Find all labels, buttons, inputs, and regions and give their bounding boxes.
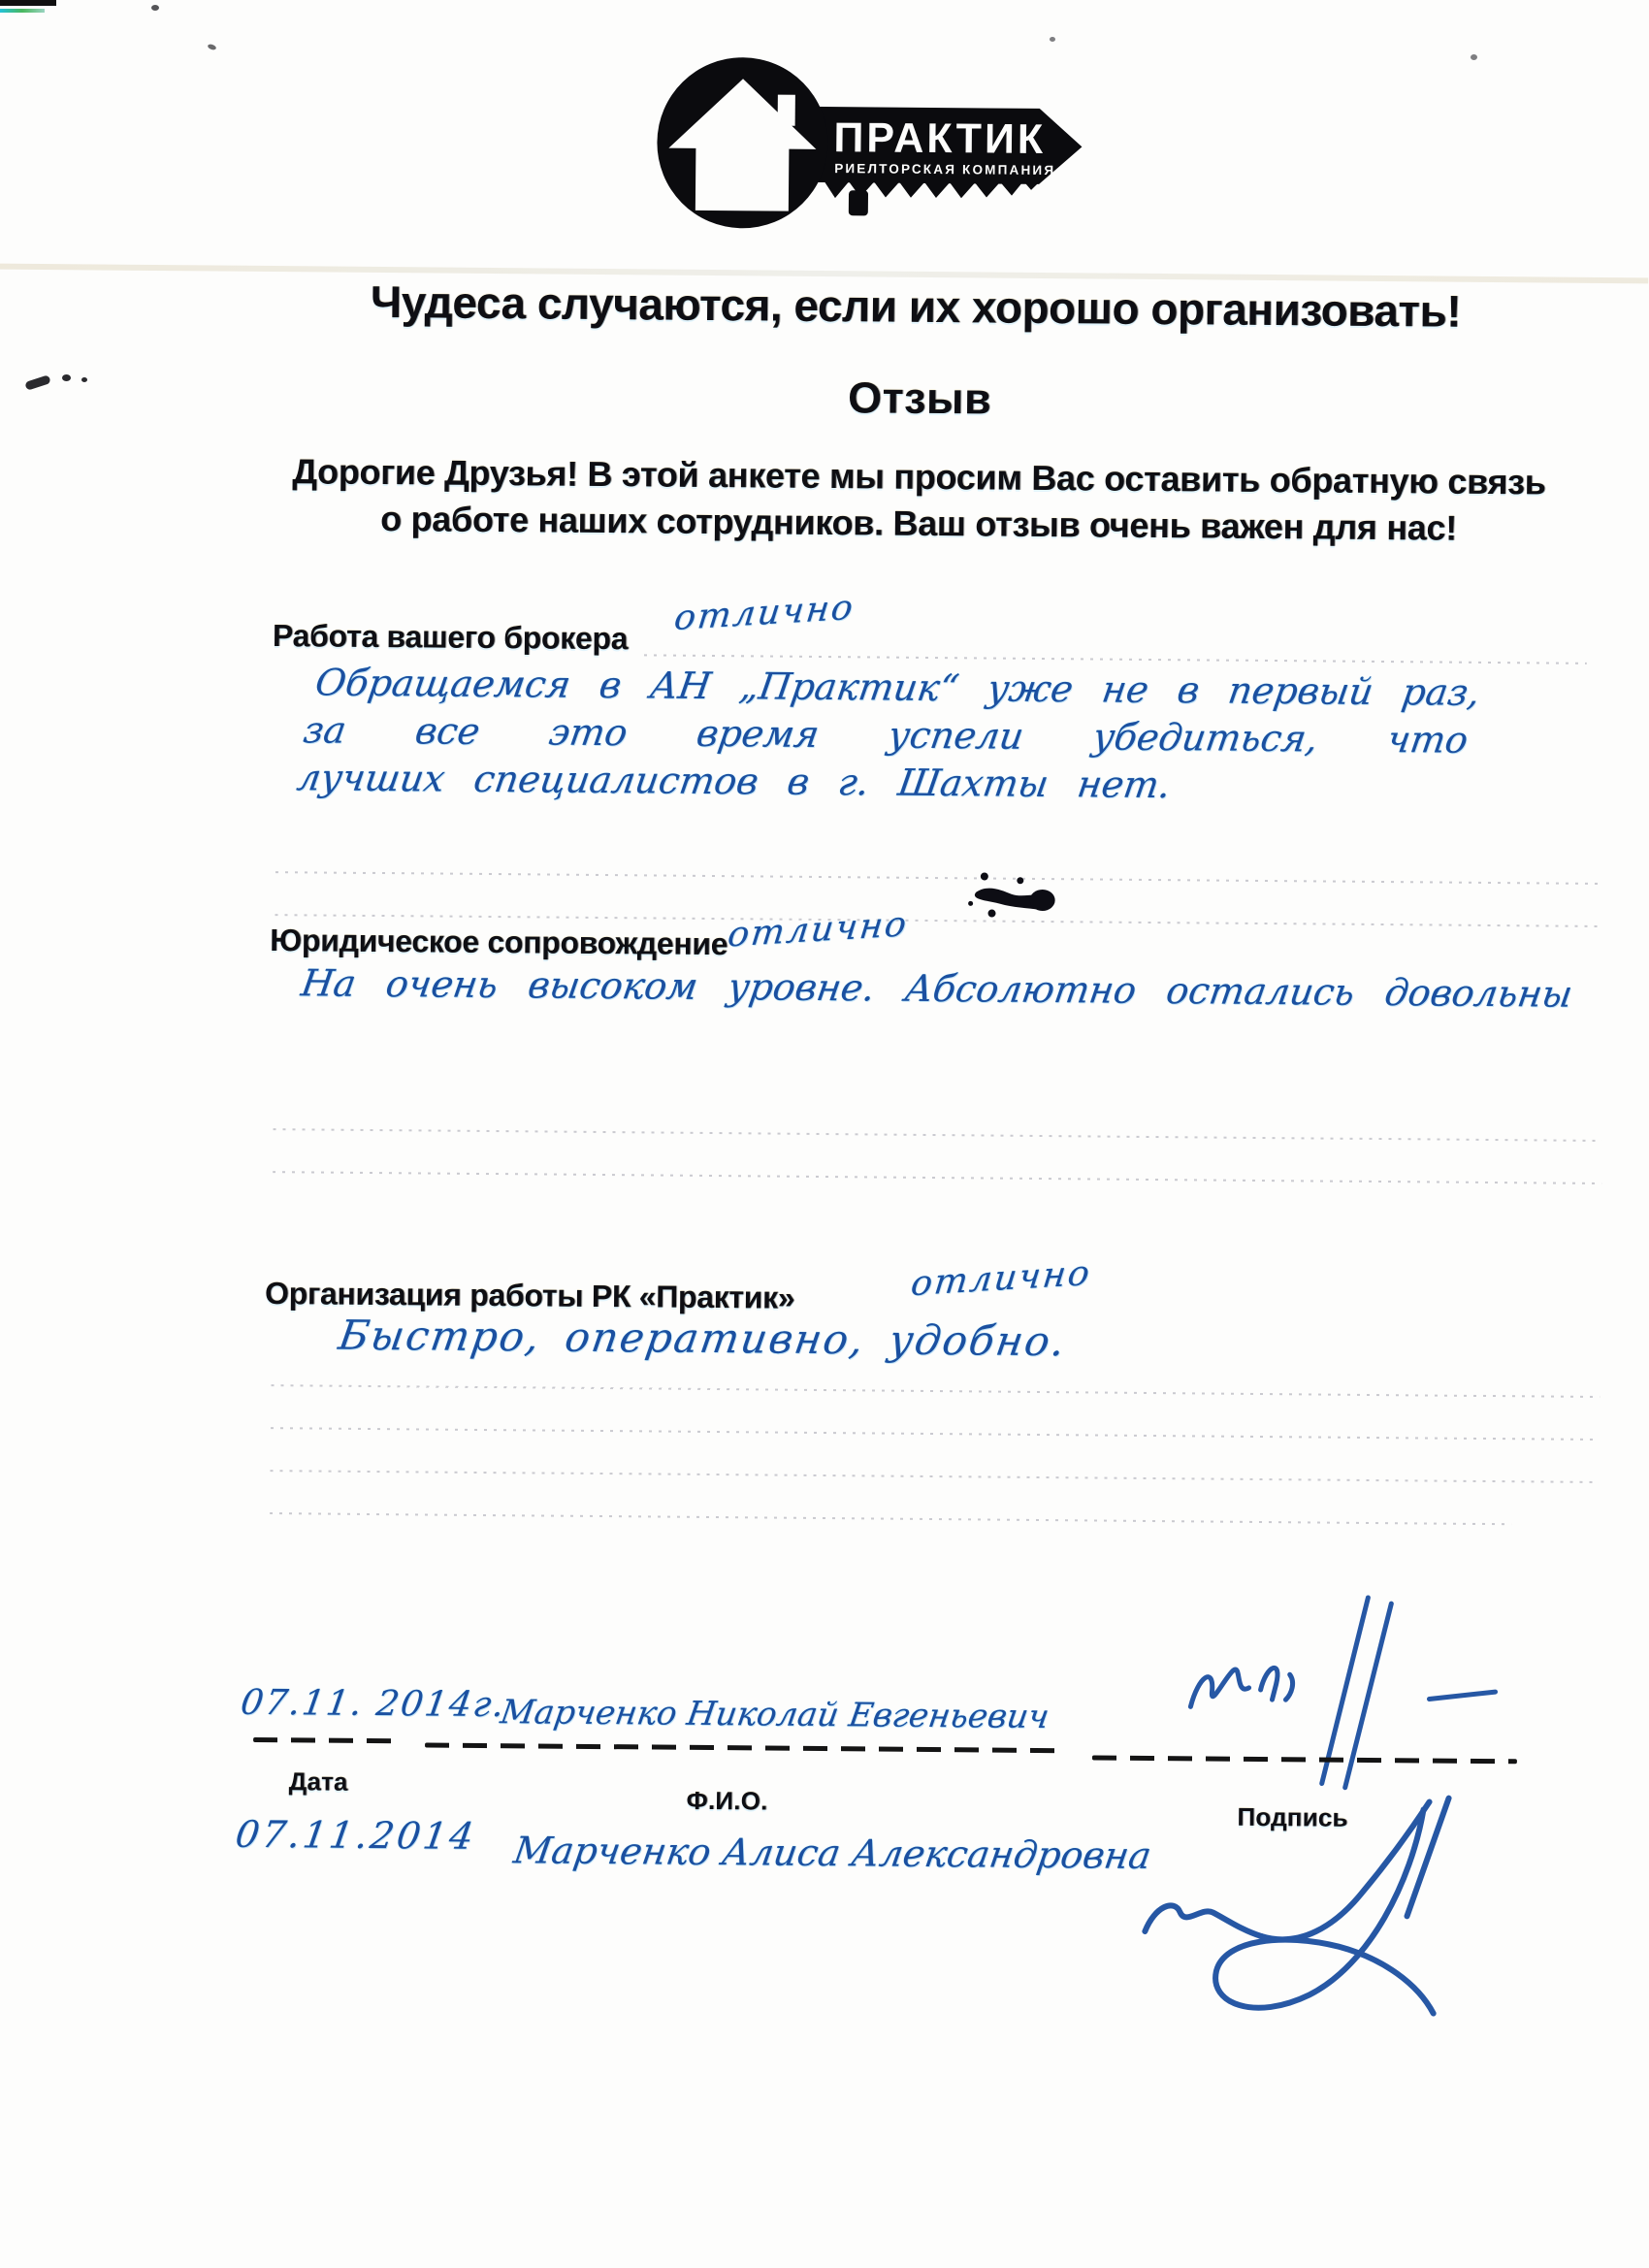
ink-blot (958, 864, 1071, 923)
answer-dotted-line (274, 1128, 1602, 1142)
answer-dotted-line (270, 1512, 1511, 1525)
intro-line-1: Дорогие Друзья! В этой анкете мы просим … (191, 450, 1646, 503)
handwritten-date-2: 07.11.2014 (233, 1813, 479, 1858)
handwritten-comment-broker-1: Обращаемся в АН „Практик“ уже не в первы… (312, 661, 1483, 713)
answer-dotted-line (273, 1171, 1601, 1184)
page-title: Отзыв (192, 367, 1647, 430)
key-house-logo-icon: ПРАКТИК РИЕЛТОРСКАЯ КОМПАНИЯ (643, 52, 1101, 241)
answer-dotted-line (270, 1470, 1599, 1483)
answer-dotted-line (275, 871, 1604, 885)
handwritten-comment-broker-2: за все это время успели убедиться, что (301, 708, 1471, 761)
answer-dotted-line (271, 1427, 1600, 1441)
handwritten-rating-organisation: отлично (909, 1253, 1093, 1304)
signature-1 (1175, 1580, 1511, 1797)
answer-dotted-line (644, 654, 1587, 664)
handwritten-date-1: 07.11. 2014г. (238, 1683, 508, 1725)
logo-wordmark: ПРАКТИК (833, 114, 1046, 163)
company-logo: ПРАКТИК РИЕЛТОРСКАЯ КОМПАНИЯ (643, 52, 1101, 241)
handwritten-comment-broker-3: лучших специалистов в г. Шахты нет. (294, 756, 1174, 806)
name-line (425, 1742, 1063, 1753)
field-label-organisation: Организация работы РК «Практик» (265, 1276, 795, 1316)
field-label-legal: Юридическое сопровождение (270, 923, 727, 962)
signature-2 (1119, 1790, 1500, 2030)
handwritten-comment-legal: На очень высоком уровне. Абсолютно остал… (299, 961, 1576, 1015)
handwritten-name-1: Марченко Николай Евгеньевич (498, 1693, 1037, 1736)
name-label: Ф.И.О. (686, 1786, 767, 1817)
intro-line-2: о работе наших сотрудников. Ваш отзыв оч… (191, 497, 1646, 550)
logo-tagline: РИЕЛТОРСКАЯ КОМПАНИЯ (834, 161, 1055, 178)
date-line (253, 1737, 399, 1743)
handwritten-name-2: Марченко Алиса Александровна (511, 1829, 1148, 1877)
handwritten-rating-legal: отлично (726, 904, 910, 955)
scanned-feedback-form: ПРАКТИК РИЕЛТОРСКАЯ КОМПАНИЯ Чудеса случ… (0, 0, 1649, 2268)
headline: Чудеса случаются, если их хорошо организ… (222, 275, 1609, 339)
handwritten-rating-broker: отлично (672, 588, 857, 638)
handwritten-comment-organisation: Быстро, оперативно, удобно. (336, 1312, 1070, 1365)
document-sheet: ПРАКТИК РИЕЛТОРСКАЯ КОМПАНИЯ Чудеса случ… (0, 0, 1649, 2268)
answer-dotted-line (271, 1384, 1600, 1398)
date-label: Дата (289, 1766, 348, 1798)
field-label-broker: Работа вашего брокера (273, 618, 628, 657)
